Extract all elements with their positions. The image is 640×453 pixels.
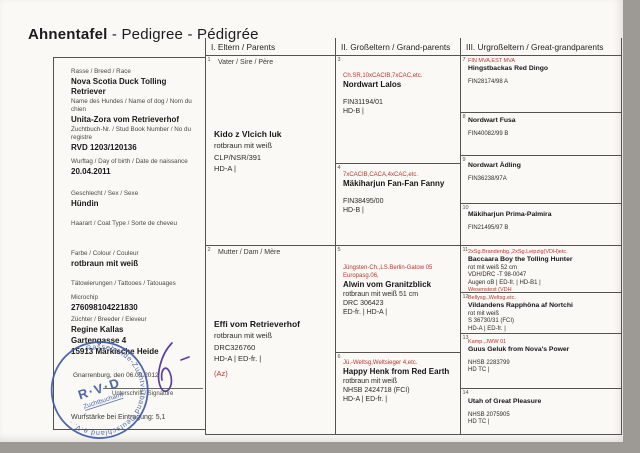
cell-number: 14 (463, 390, 469, 396)
cell-number: 6 (338, 354, 341, 360)
field-value: Hündin (71, 199, 202, 209)
dog-health: HD-A | ED-fr. | (214, 353, 332, 365)
dog-show-titles: Ch.SR,10xCACIB,7xCAC,etc. (343, 72, 457, 80)
pedigree-cell-greatgrandparent-2: 8 Nordwart Fusa FIN40082/99 B (460, 112, 621, 155)
field-label: Geschlecht / Sex / Sexe (71, 190, 202, 198)
dog-name: Effi vom Retrieverhof (214, 318, 332, 330)
dog-name: Nordwart Ädling (468, 162, 618, 171)
pedigree-cell-grandparent-2: 4 7xCACIB,CACA,4xCAC,etc. Mäkiharjun Fan… (335, 163, 460, 245)
handwritten-signature (148, 340, 194, 398)
field-value: RVD 1203/120136 (71, 143, 202, 153)
dog-health: Augen oB | ED-fr. | HD-B1 | (468, 280, 618, 288)
cell-role-label: Vater / Sire / Père (214, 56, 332, 66)
info-field-tattoos: Tätowierungen / Tattooes / Tatouages (71, 280, 202, 289)
dog-show-titles: 2xSg.Brandenbg.,2xSg.Leipzig(VDH)etc. (468, 249, 618, 256)
paper-page: Ahnentafel - Pedigree - Pédigrée Rasse /… (0, 0, 623, 442)
dog-registration: DRC 306423 (343, 299, 457, 308)
field-label: Zuchtbuch-Nr. / Stud Book Number / No du… (71, 126, 202, 141)
cell-number: 1 (208, 57, 211, 63)
dog-colour: rotbraun mit weiß (214, 330, 332, 342)
cell-number: 4 (338, 165, 341, 171)
field-label: Name des Hundes / Name of dog / Nom du c… (71, 98, 202, 113)
dog-registration: FIN36238/97A (468, 176, 618, 184)
info-field-dog-name: Name des Hundes / Name of dog / Nom du c… (71, 98, 202, 124)
dog-name: Happy Henk from Red Earth (343, 367, 457, 377)
dog-show-titles: 7xCACIB,CACA,4xCAC,etc. (343, 171, 457, 179)
field-label: Rasse / Breed / Race (71, 68, 202, 76)
dog-name: Nordwart Fusa (468, 117, 618, 126)
field-label: Haarart / Coat Type / Sorte de cheveu (71, 220, 202, 228)
dog-note: (Az) (214, 368, 332, 380)
pedigree-cell-sire: 1 Vater / Sire / Père Kido z Vlcich luk … (205, 55, 335, 245)
dog-name: Hingstbackas Red Dingo (468, 65, 618, 74)
dog-colour: rotbraun mit weiß 51 cm (343, 290, 457, 299)
info-field-studbook-number: Zuchtbuch-Nr. / Stud Book Number / No du… (71, 126, 202, 152)
dog-registration: VDH/DRC -T 98-0047 (468, 272, 618, 280)
dog-colour: rot mit weiß (468, 311, 618, 319)
cell-number: 12 (463, 294, 469, 300)
cell-number: 9 (463, 157, 466, 163)
pedigree-cell-grandparent-1: 3 Ch.SR,10xCACIB,7xCAC,etc. Nordwart Lal… (335, 55, 460, 163)
dog-name: Kido z Vlcich luk (214, 128, 332, 140)
pedigree-cell-dam: 2 Mutter / Dam / Mère Effi vom Retriever… (205, 245, 335, 435)
dog-registration: NHSB 2424718 (FCI) (343, 386, 457, 395)
cell-number: 5 (338, 247, 341, 253)
field-value: 276098104221830 (71, 303, 202, 313)
dog-registration: S 36730/31 (FCI) (468, 318, 618, 326)
cell-number: 11 (463, 247, 469, 253)
dog-name: Utah of Great Pleasure (468, 398, 618, 407)
dog-registration: CLP/NSR/391 (214, 152, 332, 164)
dog-registration: NHSB 2283799 (468, 360, 618, 368)
dog-registration: FIN40082/99 B (468, 131, 618, 139)
dog-health: HD-B | (343, 107, 457, 116)
pedigree-cell-greatgrandparent-4: 10 Mäkiharjun Prima-Palmira FIN21495/97 … (460, 203, 621, 245)
cell-number: 10 (463, 205, 469, 211)
document-title-main: Ahnentafel (28, 26, 108, 43)
cell-number: 7 (463, 57, 466, 63)
info-field-birthdate: Wurftag / Day of birth / Date de naissan… (71, 158, 202, 177)
dog-registration: FIN31194/01 (343, 98, 457, 107)
cell-role-label: Mutter / Dam / Mère (214, 246, 332, 256)
dog-colour: rot mit weiß 52 cm (468, 265, 618, 273)
pedigree-cell-greatgrandparent-6: 12 Bellysg.,Weltsg.etc. Vildandens Rapph… (460, 292, 621, 333)
column-header-greatgrandparents: III. Urgroßeltern / Great-grandparents (460, 38, 621, 55)
dog-health: HD-A | ED-fr. | (468, 326, 618, 334)
field-value: rotbraun mit weiß (71, 259, 202, 269)
pedigree-cell-greatgrandparent-8: 14 Utah of Great Pleasure NHSB 2075905 H… (460, 388, 621, 435)
pedigree-table: I. Eltern / Parents II. Großeltern / Gra… (205, 38, 622, 435)
dog-show-titles: Kamp.,JWW 01 (468, 339, 618, 346)
field-value: 20.04.2011 (71, 167, 202, 177)
pedigree-cell-grandparent-3: 5 Jüngsten-Ch.,LS.Berlin-Gatow 05 Europa… (335, 245, 460, 352)
field-label: Tätowierungen / Tattooes / Tatouages (71, 280, 202, 288)
info-field-breed: Rasse / Breed / Race Nova Scotia Duck To… (71, 68, 202, 96)
dog-health: HD-B | (343, 206, 457, 215)
dog-name: Mäkiharjun Fan-Fan Fanny (343, 179, 457, 189)
dog-colour: rotbraun mit weiß (214, 140, 332, 152)
dog-name: Baccaara Boy the Tolling Hunter (468, 256, 618, 265)
cell-number: 2 (208, 247, 211, 253)
cell-number: 13 (463, 335, 469, 341)
pedigree-cell-greatgrandparent-1: 7 FIN MVA,EST MVA Hingstbackas Red Dingo… (460, 55, 621, 112)
field-label: Farbe / Colour / Couleur (71, 250, 202, 258)
pedigree-cell-greatgrandparent-7: 13 Kamp.,JWW 01 Guus Geluk from Nova's P… (460, 333, 621, 388)
field-value: Unita-Zora vom Retrieverhof (71, 115, 202, 125)
dog-registration: DRC326760 (214, 342, 332, 354)
dog-colour: rotbraun mit weiß (343, 377, 457, 386)
info-field-sex: Geschlecht / Sex / Sexe Hündin (71, 190, 202, 209)
dog-registration: FIN28174/98 A (468, 79, 618, 87)
pedigree-cell-grandparent-4: 6 Jü.-Weltsg,Weltsieger 4,etc. Happy Hen… (335, 352, 460, 435)
cell-number: 8 (463, 114, 466, 120)
dog-name: Guus Geluk from Nova's Power (468, 346, 618, 355)
dog-health: HD-A | ED-fr. | (343, 395, 457, 404)
dog-health: HD TC | (468, 419, 618, 427)
dog-health: HD TC | (468, 367, 618, 375)
dog-name: Alwin vom Granitzblick (343, 280, 457, 290)
field-label: Microchip (71, 294, 202, 302)
dog-health: HD-A | (214, 163, 332, 175)
dog-name: Mäkiharjun Prima-Palmira (468, 211, 618, 220)
dog-registration: FIN21495/97 B (468, 225, 618, 233)
dog-show-titles: Bellysg.,Weltsg.etc. (468, 295, 618, 302)
scanned-pedigree-document: { "colors": { "accent_red": "#b5382e", "… (0, 0, 640, 453)
dog-registration: FIN38495/00 (343, 197, 457, 206)
dog-name: Nordwart Lalos (343, 80, 457, 90)
cell-number: 3 (338, 57, 341, 63)
info-field-microchip: Microchip 276098104221830 (71, 294, 202, 313)
column-header-parents: I. Eltern / Parents (205, 38, 335, 55)
field-value: Nova Scotia Duck Tolling Retriever (71, 77, 202, 96)
dog-registration: NHSB 2075905 (468, 412, 618, 420)
dog-name: Vildandens Rapphöna af Nortchi (468, 302, 618, 311)
column-header-grandparents: II. Großeltern / Grand-parents (335, 38, 460, 55)
info-field-coat-type: Haarart / Coat Type / Sorte de cheveu (71, 220, 202, 229)
pedigree-cell-greatgrandparent-3: 9 Nordwart Ädling FIN36238/97A (460, 155, 621, 203)
dog-show-titles: Jüngsten-Ch.,LS.Berlin-Gatow 05 Europasg… (343, 264, 457, 280)
dog-show-titles: Jü.-Weltsg,Weltsieger 4,etc. (343, 359, 457, 367)
field-label: Wurftag / Day of birth / Date de naissan… (71, 158, 202, 166)
pedigree-cell-greatgrandparent-5: 11 2xSg.Brandenbg.,2xSg.Leipzig(VDH)etc.… (460, 245, 621, 292)
dog-health: ED-fr. | HD-A | (343, 308, 457, 317)
dog-show-titles: FIN MVA,EST MVA (468, 58, 618, 65)
info-field-colour: Farbe / Colour / Couleur rotbraun mit we… (71, 250, 202, 269)
